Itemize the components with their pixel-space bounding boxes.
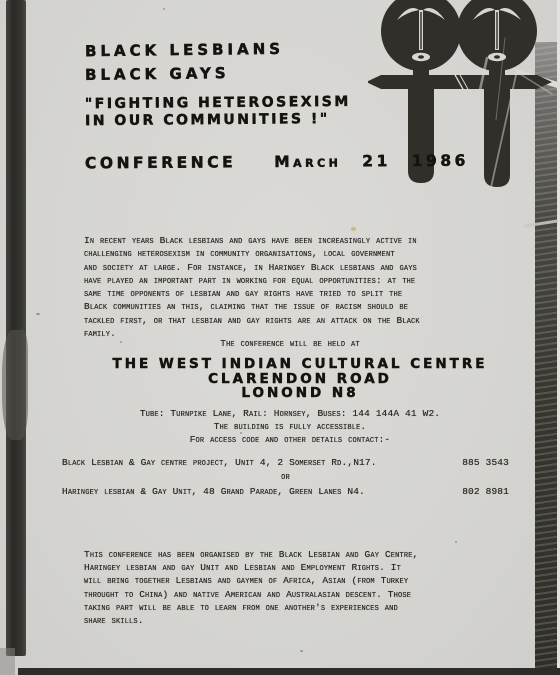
contact-separator: or: [62, 471, 509, 482]
organisers-paragraph: This conference has been organised by th…: [84, 548, 524, 627]
paper-stain: [351, 227, 356, 231]
dust-speck: [163, 8, 165, 10]
contact-2-address: Haringey lesbian & Gay Unit, 48 Grand Pa…: [62, 486, 365, 497]
dust-speck: [36, 313, 40, 315]
contact-line-1: Black Lesbian & Gay centre project, Unit…: [62, 457, 509, 468]
scan-left-border-stub: [0, 648, 15, 675]
slogan-fighting-heterosexism: "FIGHTING HETEROSEXISM IN OUR COMMUNITIE…: [85, 94, 351, 129]
venue-city: LONOND N8: [40, 385, 560, 401]
contact-2-phone: 802 8981: [462, 486, 509, 497]
contact-1-address: Black Lesbian & Gay centre project, Unit…: [62, 457, 377, 468]
dust-speck: [455, 541, 457, 543]
dust-speck: [300, 650, 303, 652]
transit-and-access-info: Tube: Turnpike Lane, Rail: Hornsey, Buse…: [20, 407, 560, 446]
contact-1-phone: 885 3543: [462, 457, 509, 468]
title-black-gays: BLACK GAYS: [85, 64, 230, 84]
scan-bottom-border: [18, 668, 560, 675]
conference-date: March 21 1986: [274, 152, 469, 171]
scan-left-border: [6, 0, 26, 656]
contact-line-2: Haringey lesbian & Gay Unit, 48 Grand Pa…: [62, 486, 509, 497]
conference-label: CONFERENCE: [85, 153, 236, 172]
conference-date-row: CONFERENCE March 21 1986: [85, 152, 469, 173]
held-at-line: The conference will be held at: [20, 338, 560, 349]
venue-name: THE WEST INDIAN CULTURAL CENTRE: [40, 356, 560, 372]
title-black-lesbians: BLACK LESBIANS: [85, 40, 284, 60]
scanned-flyer-page: BLACK LESBIANS BLACK GAYS "FIGHTING HETE…: [0, 0, 560, 675]
intro-paragraph: In recent years Black lesbians and gays …: [84, 234, 524, 340]
